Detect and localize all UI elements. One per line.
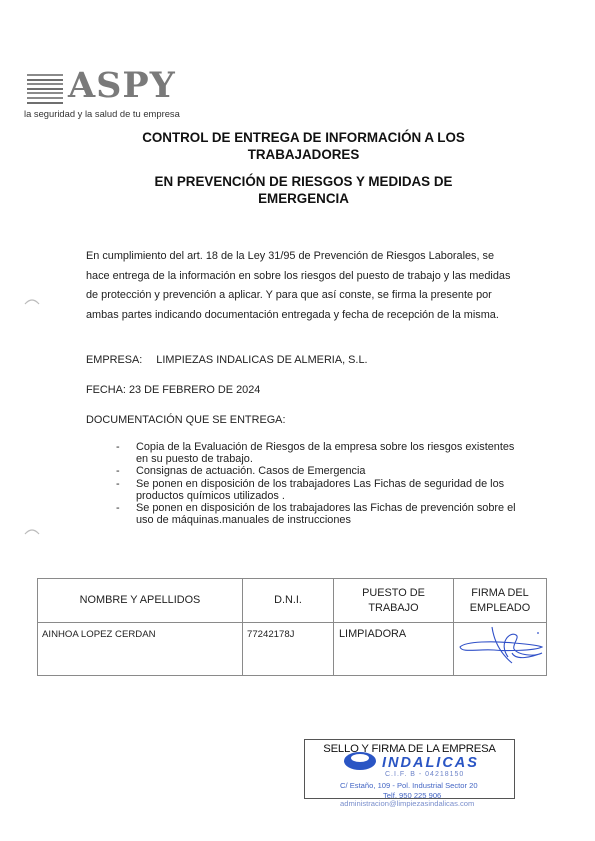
stamp-cif: C.I.F. B - 04218150: [385, 771, 464, 778]
documents-list: -Copia de la Evaluación de Riesgos de la…: [116, 441, 526, 526]
empresa-value: LIMPIEZAS INDALICAS DE ALMERIA, S.L.: [156, 354, 367, 366]
list-item: -Se ponen en disposición de los trabajad…: [116, 478, 526, 502]
cell-firma: [454, 623, 547, 676]
cell-dni: 77242178J: [243, 623, 334, 676]
table-header-row: NOMBRE Y APELLIDOS D.N.I. PUESTO DE TRAB…: [38, 579, 547, 623]
stamp-label: SELLO Y FIRMA DE LA EMPRESA: [304, 743, 515, 755]
fecha-value: 23 DE FEBRERO DE 2024: [129, 384, 260, 396]
stamp-email: administracion@limpiezasindalicas.com: [340, 799, 474, 808]
empresa-label: EMPRESA:: [86, 354, 142, 366]
header-dni: D.N.I.: [243, 579, 334, 623]
header-puesto: PUESTO DE TRABAJO: [334, 579, 454, 623]
list-item: -Consignas de actuación. Casos de Emerge…: [116, 465, 526, 477]
list-item: -Se ponen en disposición de los trabajad…: [116, 502, 526, 526]
margin-mark-icon: [24, 527, 40, 535]
employee-table: NOMBRE Y APELLIDOS D.N.I. PUESTO DE TRAB…: [37, 578, 547, 676]
cell-nombre: AINHOA LOPEZ CERDAN: [38, 623, 243, 676]
document-subtitle: EN PREVENCIÓN DE RIESGOS Y MEDIDAS DE EM…: [0, 173, 595, 207]
stamp-address: C/ Estaño, 109 - Pol. Industrial Sector …: [340, 781, 478, 790]
list-item: -Copia de la Evaluación de Riesgos de la…: [116, 441, 526, 465]
fecha-field: FECHA: 23 DE FEBRERO DE 2024: [86, 384, 260, 396]
stamp-company-name: INDALICAS: [382, 755, 479, 771]
aspy-tagline: la seguridad y la salud de tu empresa: [24, 108, 180, 119]
aspy-logo-text: ASPY: [68, 66, 176, 106]
document-title: CONTROL DE ENTREGA DE INFORMACIÓN A LOS …: [0, 129, 595, 163]
aspy-logo-mark-icon: [27, 74, 63, 104]
margin-mark-icon: [24, 297, 40, 305]
header-nombre: NOMBRE Y APELLIDOS: [38, 579, 243, 623]
intro-paragraph: En cumplimiento del art. 18 de la Ley 31…: [86, 247, 518, 325]
table-row: AINHOA LOPEZ CERDAN 77242178J LIMPIADORA: [38, 623, 547, 676]
documentacion-label: DOCUMENTACIÓN QUE SE ENTREGA:: [86, 414, 285, 426]
employee-signature-icon: [454, 623, 546, 669]
fecha-label: FECHA:: [86, 384, 126, 396]
header-firma: FIRMA DEL EMPLEADO: [454, 579, 547, 623]
empresa-field: EMPRESA:LIMPIEZAS INDALICAS DE ALMERIA, …: [86, 354, 368, 366]
cell-puesto: LIMPIADORA: [334, 623, 454, 676]
